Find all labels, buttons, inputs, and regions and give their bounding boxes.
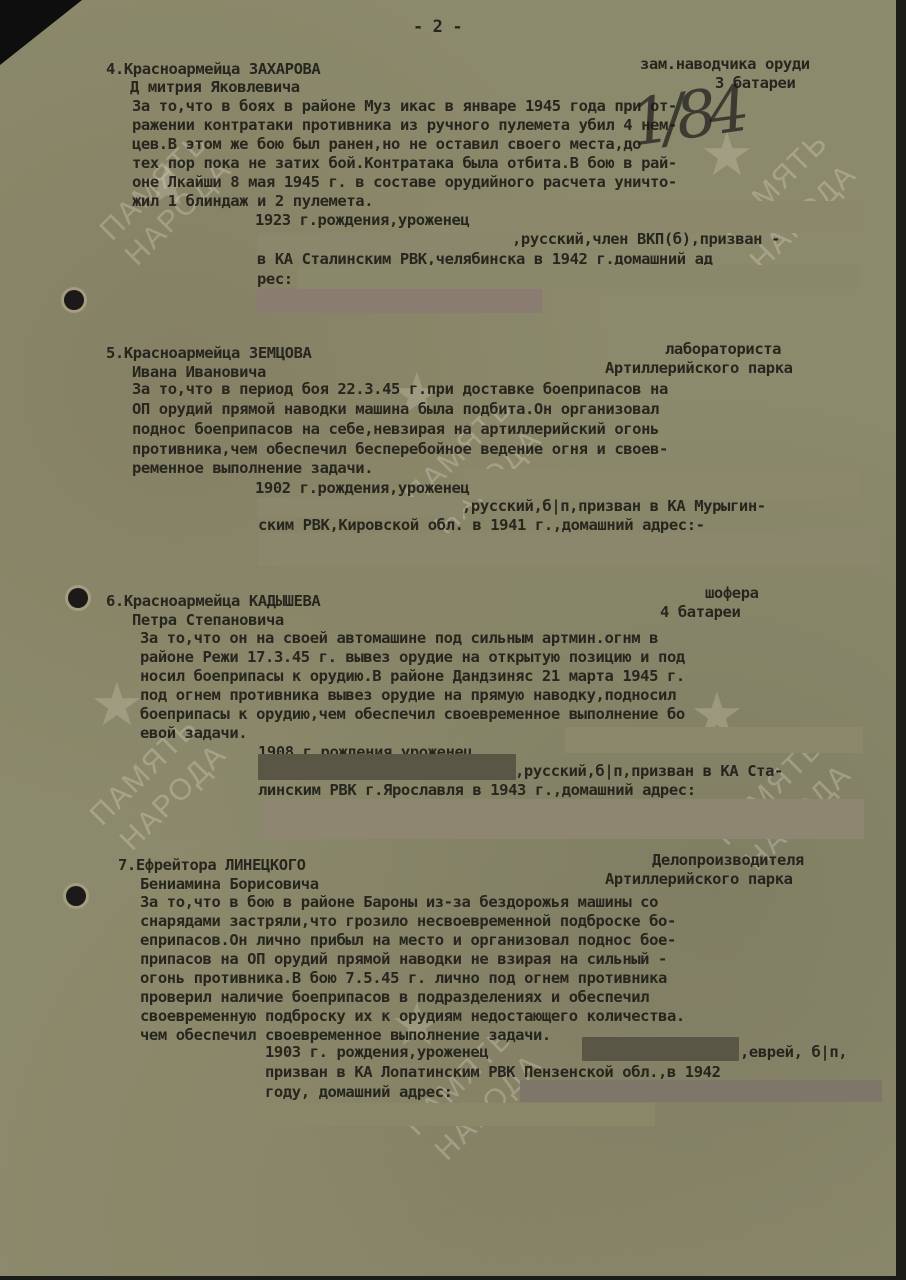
entry-7-position: Делопроизводителя — [652, 851, 804, 870]
entry-7-bio-line: ,еврей, б|п, — [740, 1043, 847, 1062]
entry-5-body-line: поднос боеприпасов на себе,невзирая на а… — [132, 420, 659, 439]
entry-7-body-line: припасов на ОП орудий прямой наводки не … — [140, 950, 667, 969]
entry-6-position: шофера — [705, 584, 759, 603]
entry-5-body-line: ОП орудий прямой наводки машина была под… — [132, 400, 659, 419]
entry-6-body-line: районе Режи 17.3.45 г. вывез орудие на о… — [140, 648, 685, 667]
entry-6-body-line: евой задачи. — [140, 724, 247, 743]
entry-7-bio-line: году, домашний адрес: — [265, 1083, 453, 1102]
entry-4-body-line: жил 1 блиндаж и 2 пулемета. — [132, 192, 373, 211]
document-page: ★ ПАМЯТЬ НАРОДА ★ ПАМЯТЬ НАРОДА ★ ПАМЯТЬ… — [0, 0, 896, 1276]
entry-4-body-line: За то,что в боях в районе Муз икас в янв… — [132, 97, 677, 116]
entry-7-body-line: своевременную подброску их к орудиям нед… — [140, 1007, 685, 1026]
entry-5-bio-line: 1902 г.рождения,уроженец — [255, 479, 469, 498]
handwritten-mark: 1/84 — [625, 73, 746, 162]
redaction-block — [582, 1037, 739, 1061]
redaction-block — [258, 533, 880, 566]
entry-6-body-line: За то,что он на своей автомашине под сил… — [140, 629, 658, 648]
entry-4-bio-line: ,русский,член ВКП(б),призван - — [512, 230, 780, 249]
redaction-block — [425, 201, 865, 233]
entry-4-body-line: ражении контратаки противника из ручного… — [132, 116, 677, 135]
punch-hole — [64, 290, 84, 310]
entry-4-bio-line: 1923 г.рождения,уроженец — [255, 211, 469, 230]
entry-6-bio-line: линским РВК г.Ярославля в 1943 г.,домашн… — [258, 781, 696, 800]
entry-7-rank-surname: 7.Ефрейтора ЛИНЕЦКОГО — [118, 856, 306, 875]
entry-5-unit: Артиллерийского парка — [605, 359, 793, 378]
entry-7-body-line: еприпасов.Он лично прибыл на место и орг… — [140, 931, 676, 950]
entry-6-rank-surname: 6.Красноармейца КАДЫШЕВА — [106, 592, 320, 611]
redaction-block — [257, 289, 542, 313]
entry-4-body-line: цев.В этом же бою был ранен,но не остави… — [132, 135, 641, 154]
entry-7-body-line: За то,что в бою в районе Бароны из-за бе… — [140, 893, 658, 912]
punch-hole — [68, 588, 88, 608]
entry-4-position: зам.наводчика оруди — [640, 55, 810, 74]
folded-corner — [0, 0, 82, 65]
redaction-block — [297, 265, 860, 289]
entry-4-body-line: оне Лкайши 8 мая 1945 г. в составе оруди… — [132, 173, 677, 192]
punch-hole — [66, 886, 86, 906]
redaction-block — [465, 469, 860, 499]
redaction-block — [565, 727, 863, 753]
entry-7-body-line: снарядами застряли,что грозило несвоевре… — [140, 912, 676, 931]
entry-4-body-line: тех пор пока не затих бой.Контратака был… — [132, 154, 677, 173]
entry-5-body-line: За то,что в период боя 22.3.45 г.при дос… — [132, 380, 668, 399]
redaction-block — [520, 1080, 882, 1102]
entry-6-body-line: под огнем противника вывез орудие на пря… — [140, 686, 676, 705]
entry-7-body-line: проверил наличие боеприпасов в подраздел… — [140, 988, 649, 1007]
redaction-block — [258, 497, 463, 517]
entry-4-bio-line: рес: — [257, 270, 293, 289]
entry-5-bio-line: ,русский,б|п,призван в КА Мурыгин- — [462, 497, 766, 516]
entry-6-bio-line: ,русский,б|п,призван в КА Ста- — [515, 762, 783, 781]
page-number: - 2 - — [413, 18, 462, 37]
entry-6-unit: 4 батареи — [660, 603, 740, 622]
redaction-block — [261, 799, 864, 839]
entry-6-body-line: носил боеприпасы к орудию.В районе Дандз… — [140, 667, 685, 686]
entry-7-body-line: огонь противника.В бою 7.5.45 г. лично п… — [140, 969, 667, 988]
entry-5-position: лаборатористa — [665, 340, 781, 359]
redaction-block — [255, 1103, 655, 1126]
redaction-block — [258, 754, 516, 780]
scan-edge — [0, 1276, 906, 1280]
entry-6-name: Петра Степановича — [132, 611, 284, 630]
entry-5-body-line: ременное выполнение задачи. — [132, 459, 373, 478]
entry-6-body-line: боеприпасы к орудию,чем обеспечил своевр… — [140, 705, 685, 724]
entry-4-name: Д митрия Яковлевича — [130, 78, 300, 97]
watermark-star-icon: ★ — [90, 670, 144, 740]
entry-4-rank-surname: 4.Красноармейца ЗАХАРОВА — [106, 60, 320, 79]
entry-7-unit: Артиллерийского парка — [605, 870, 793, 889]
scan-edge — [896, 0, 906, 1280]
entry-5-body-line: противника,чем обеспечил бесперебойное в… — [132, 440, 668, 459]
watermark: НАРОДА — [115, 739, 232, 856]
entry-7-name: Бениамина Борисовича — [140, 875, 319, 894]
entry-5-rank-surname: 5.Красноармейца ЗЕМЦОВА — [106, 344, 311, 363]
entry-7-bio-line: 1903 г. рождения,уроженец — [265, 1043, 488, 1062]
